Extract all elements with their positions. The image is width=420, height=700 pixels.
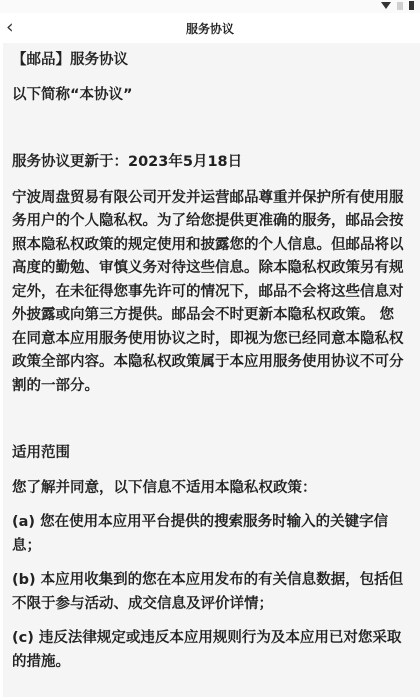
agreement-text: 【邮品】服务协议 以下简称“本协议” 服务协议更新于：2023年5月18日 宁波… [3, 43, 404, 674]
agreement-content-panel[interactable]: 【邮品】服务协议 以下简称“本协议” 服务协议更新于：2023年5月18日 宁波… [3, 43, 420, 697]
no-sim-icon [397, 2, 403, 10]
scope-item-b: (b) 本应用收集到的您在本应用发布的有关信息数据，包括但不限于参与活动、成交信… [12, 569, 404, 616]
status-bar [0, 0, 420, 13]
intro-paragraph: 宁波周盘贸易有限公司开发并运营邮品尊重并保护所有使用服务用户的个人隐私权。为了给… [12, 187, 404, 399]
agreement-heading: 【邮品】服务协议 [12, 49, 404, 73]
short-name-text: 以下简称“本协议” [12, 84, 404, 108]
wifi-icon [381, 2, 391, 9]
page-title: 服务协议 [0, 20, 420, 37]
scope-title: 适用范围 [12, 442, 404, 466]
scope-intro: 您了解并同意，以下信息不适用本隐私权政策： [12, 477, 404, 501]
battery-icon [409, 1, 414, 10]
updated-date: 服务协议更新于：2023年5月18日 [12, 151, 404, 175]
scope-item-c: (c) 违反法律规定或违反本应用规则行为及本应用已对您采取的措施。 [12, 627, 404, 674]
app-header: ‹ 服务协议 [0, 13, 420, 43]
scope-item-a: (a) 您在使用本应用平台提供的搜索服务时输入的关键字信息； [12, 511, 404, 558]
